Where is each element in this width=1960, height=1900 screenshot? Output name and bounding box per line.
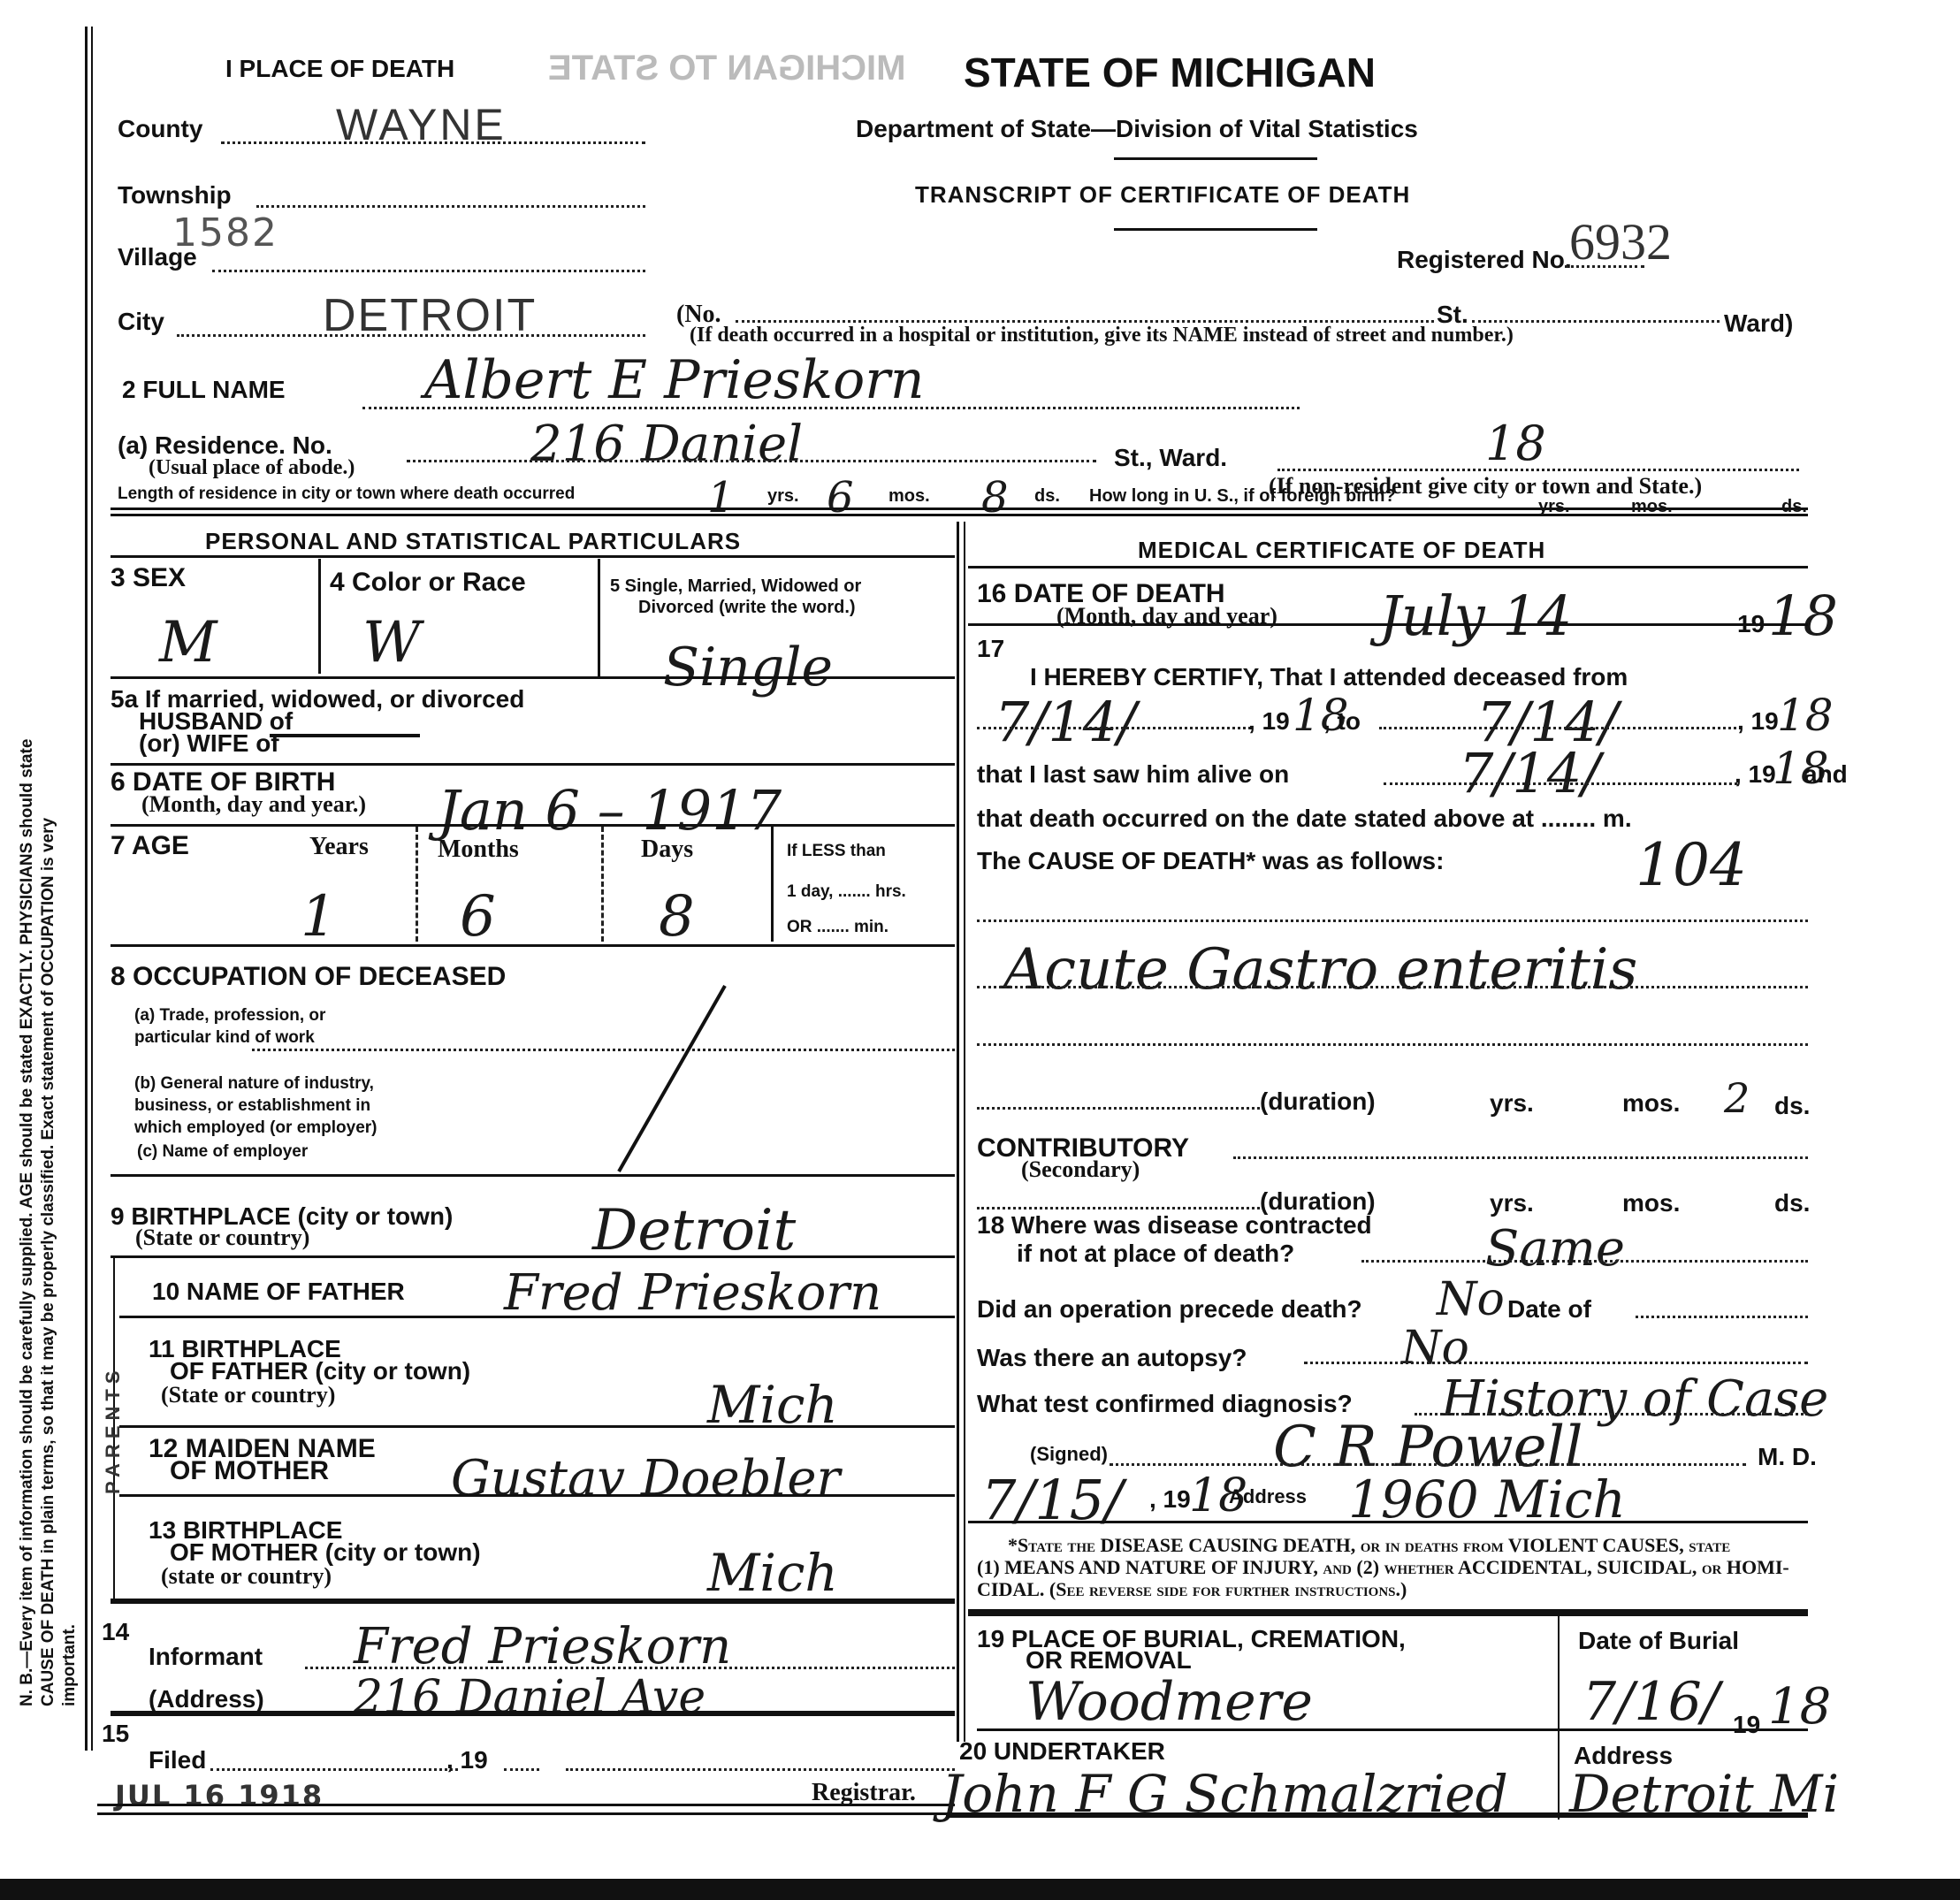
row-rule-father [119,1316,955,1318]
sex-race-divider [318,559,321,674]
place-of-death-label: I PLACE OF DEATH [225,55,454,83]
mother-name-label-2: OF MOTHER [170,1456,329,1486]
last-saw-value: 7/14/ [1459,741,1600,805]
burial-date-divider [1558,1616,1560,1820]
last-saw-label: that I last saw him alive on [977,760,1289,789]
attended-to-label: , to [1323,707,1361,736]
cause-label: The CAUSE OF DEATH* was as follows: [977,847,1444,875]
row-rule-dod [968,623,1808,626]
filed-label: Filed [149,1746,206,1774]
signed-address-label: Address [1229,1485,1307,1508]
operation-date-line [1636,1316,1808,1318]
contributory-line [1233,1156,1808,1159]
st-ward-label: St., Ward. [1114,444,1227,472]
dod-year: 18 [1768,584,1838,648]
father-name-label: 10 NAME OF FATHER [152,1278,405,1306]
last-saw-century: , 19 [1735,760,1776,789]
spouse-value-dash [270,734,420,737]
dob-sub-label: (Month, day and year.) [141,791,366,818]
occupation-b-1: (b) General nature of industry, [134,1074,374,1094]
cause-line-1 [977,919,1808,922]
less-than-label: If LESS than [787,842,886,861]
city-label: City [118,308,164,336]
contracted-line [1361,1260,1808,1263]
ward-value: 18 [1485,416,1546,471]
footnote-line-2: (1) MEANS AND NATURE OF INJURY, and (2) … [977,1556,1789,1579]
duration2-months-label: mos. [1622,1189,1680,1217]
sex-value: M [159,610,217,675]
row-rule-father-birthplace [119,1425,955,1428]
filed-year-label: , 19 [446,1746,488,1774]
registered-number: 6932 [1569,212,1672,271]
spouse-label-3: (or) WIFE of [139,729,279,758]
informant-number: 14 [102,1618,129,1646]
medical-section-title: MEDICAL CERTIFICATE OF DEATH [1138,537,1545,564]
row-rule-age [111,944,955,947]
full-name-label: 2 FULL NAME [122,376,286,404]
informant-label: Informant [149,1643,263,1671]
marital-label-2: Divorced (write the word.) [638,598,856,618]
dod-value: July 14 [1379,584,1572,648]
section-rule-bottom [111,514,1808,516]
occupation-a-line [252,1049,955,1051]
county-line [221,141,645,144]
city-line [177,334,645,337]
duration-months-label: mos. [1622,1089,1680,1118]
residence-sub-label: (Usual place of abode.) [149,456,355,480]
days-label: Days [641,836,693,864]
bottom-rule-right [946,1812,1808,1818]
personal-title-rule [111,555,955,558]
marital-value: Single [663,637,833,698]
burial-place-value: Woodmere [1026,1671,1313,1733]
signed-line [1110,1463,1746,1466]
mother-birthplace-value: Mich [707,1543,838,1603]
residence-value: 216 Daniel [530,416,803,473]
last-saw-line [1384,782,1737,785]
autopsy-value: No [1401,1322,1469,1375]
street-no-line [736,320,1434,323]
operation-label: Did an operation precede death? [977,1295,1362,1324]
duration-label: (duration) [1260,1087,1376,1116]
header-rule-1 [1114,157,1317,160]
signed-label: (Signed) [1030,1443,1108,1466]
sex-label: 3 SEX [111,563,186,593]
occupation-b-3: which employed (or employer) [134,1118,378,1138]
attended-to-line [1379,727,1742,729]
contracted-label-1: 18 Where was disease contracted [977,1211,1372,1240]
filed-line [210,1768,458,1771]
occupation-b-2: business, or establishment in [134,1096,370,1116]
county-label: County [118,115,202,143]
informant-address-value: 216 Daniel Ave [354,1671,705,1724]
column-divider-inner [964,522,965,1742]
ward-line [1472,320,1720,323]
township-line [256,205,645,208]
header-rule-2 [1114,228,1317,231]
length-of-residence-label: Length of residence in city or town wher… [118,485,575,504]
cause-value: Acute Gastro enteritis [1003,937,1637,1003]
attended-from-century: , 19 [1248,707,1290,736]
dob-value: Jan 6 – 1917 [438,778,782,843]
residence-days-label: ds. [1034,486,1060,507]
parents-label: PARENTS [102,1366,125,1495]
occupation-c: (c) Name of employer [137,1142,308,1162]
section-rule-top [111,507,1808,510]
age-days-value: 8 [659,884,695,950]
informant-address-label: (Address) [149,1685,264,1713]
and-label: and [1804,760,1848,789]
side-note-line-2: CAUSE OF DEATH in plain terms, so that i… [39,818,58,1706]
occupation-slash-mark [610,981,734,1176]
duration2-days-label: ds. [1774,1189,1810,1217]
residence-months-label: mos. [888,486,930,507]
attended-from-value: 7/14/ [995,690,1136,754]
death-occurred-text: that death occurred on the date stated a… [977,805,1632,833]
ghost-bleedthrough-text: MICHIGAN TO STATE [548,49,905,88]
father-birthplace-label-3: (State or country) [161,1382,335,1408]
age-label: 7 AGE [111,831,189,861]
race-label: 4 Color or Race [330,568,526,598]
undertaker-label: 20 UNDERTAKER [959,1737,1165,1766]
medical-title-rule [968,566,1808,568]
duration-years-label: yrs. [1490,1089,1534,1118]
less-than-minutes: OR ....... min. [787,918,888,937]
attended-to-century: , 19 [1737,707,1779,736]
row-rule-mother [119,1494,955,1497]
months-label: Months [438,836,519,864]
institution-note: (If death occurred in a hospital or inst… [690,324,1514,347]
occupation-label: 8 OCCUPATION OF DECEASED [111,962,506,992]
cause-line-2 [977,986,1808,988]
registered-label: Registered No. [1397,246,1572,274]
operation-value: No [1437,1273,1505,1326]
border-left-outer [85,27,88,1751]
contracted-value: Same [1485,1220,1625,1278]
duration2-line [977,1207,1260,1209]
years-months-divider [416,827,418,942]
township-label: Township [118,181,232,210]
side-note-line-1: N. B.—Every item of information should b… [18,739,37,1706]
years-label: Years [309,833,369,861]
father-name-value: Fred Prieskorn [504,1264,881,1322]
personal-section-title: PERSONAL AND STATISTICAL PARTICULARS [205,528,741,555]
filed-stamp: JUL 16 1918 [115,1779,324,1812]
registrar-line [566,1768,955,1771]
village-label: Village [118,243,197,271]
row-rule-burial-top [968,1609,1808,1616]
row-rule-sex [111,676,955,679]
cause-code: 104 [1636,831,1747,899]
contributory-sub-label: (Secondary) [1021,1156,1140,1183]
form-title: TRANSCRIPT OF CERTIFICATE OF DEATH [915,181,1410,209]
days-less-divider [771,827,774,942]
burial-date-label: Date of Burial [1578,1627,1739,1655]
registered-line [1565,265,1644,268]
birthplace-value: Detroit [592,1198,796,1263]
footnote-line-3: CIDAL. (See reverse side for further ins… [977,1578,1407,1601]
ward-label: Ward) [1724,309,1793,338]
age-months-value: 6 [460,884,496,950]
certify-text: I HEREBY CERTIFY, That I attended deceas… [1030,663,1628,691]
race-marital-divider [598,559,600,678]
row-rule-signed [968,1521,1808,1523]
attended-to-year: 18 [1777,690,1834,741]
bottom-rule-left-2 [97,1812,955,1815]
certify-number: 17 [977,635,1004,663]
less-than-hours: 1 day, ....... hrs. [787,882,906,902]
filed-year-line [504,1768,539,1771]
mother-name-value: Gustav Doebler [451,1450,840,1507]
contracted-label-2: if not at place of death? [1017,1240,1294,1268]
duration-days-value: 2 [1724,1074,1750,1122]
attended-from-line [977,727,1251,729]
scan-bottom-edge [0,1879,1960,1900]
bottom-rule-left-1 [97,1804,955,1806]
duration-days-label: ds. [1774,1092,1810,1120]
residence-line [407,460,1096,462]
row-rule-informant [111,1711,955,1716]
row-rule-mother-birthplace [111,1599,955,1604]
race-value: W [362,610,421,675]
full-name-line [362,407,1300,409]
village-line [212,270,645,272]
cause-line-3 [977,1043,1808,1046]
autopsy-label: Was there an autopsy? [977,1344,1247,1372]
duration-line [977,1107,1260,1110]
occupation-a-1: (a) Trade, profession, or [134,1006,325,1026]
burial-date-value: 7/16/ [1582,1671,1720,1733]
months-days-divider [601,827,604,942]
ward-value-line [1277,469,1799,471]
side-note-line-3: important. [60,1624,80,1706]
row-rule-spouse [111,763,955,766]
birthplace-sub-label: (State or country) [135,1225,309,1251]
row-rule-birthplace [111,1255,955,1258]
row-rule-occupation [111,1174,955,1177]
age-years-value: 1 [301,884,337,950]
filed-number: 15 [102,1720,129,1748]
md-label: M. D. [1758,1443,1817,1471]
residence-years-label: yrs. [767,486,799,507]
occupation-a-2: particular kind of work [134,1028,315,1048]
burial-date-century: 19 [1733,1711,1760,1739]
full-name-value: Albert E Prieskorn [424,349,925,411]
operation-date-label: Date of [1507,1295,1591,1324]
state-title: STATE OF MICHIGAN [964,49,1376,96]
department-title: Department of State—Division of Vital St… [856,115,1418,143]
border-left-inner [91,27,93,1751]
mother-birthplace-label-3: (state or country) [161,1563,332,1590]
row-rule-dob [111,824,955,827]
burial-date-year: 18 [1768,1678,1831,1736]
autopsy-line [1304,1362,1808,1364]
informant-line [305,1667,955,1669]
duration2-years-label: yrs. [1490,1189,1534,1217]
column-divider-outer [957,522,959,1742]
us-residence-label: How long in U. S., if of foreign birth? [1089,486,1396,507]
marital-label-1: 5 Single, Married, Widowed or [610,576,861,597]
row-rule-burial [977,1728,1808,1731]
signed-date-century: , 19 [1149,1485,1191,1514]
footnote-line-1: *State the DISEASE CAUSING DEATH, or in … [1008,1534,1730,1557]
